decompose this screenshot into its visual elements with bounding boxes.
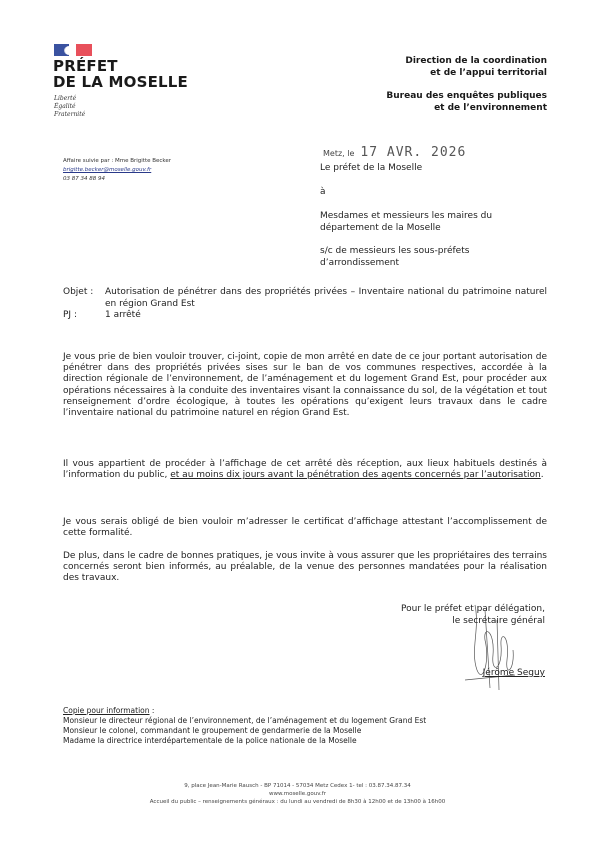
via-line1: s/c de messieurs les sous-préfets — [320, 246, 469, 258]
signature-line1: Pour le préfet et par délégation, — [401, 604, 545, 616]
signatory-name: Jérôme Seguy — [483, 668, 545, 680]
attachment-text: 1 arrêté — [105, 310, 547, 322]
contact-block: Affaire suivie par : Mme Brigitte Becker… — [63, 157, 171, 184]
footer-hours: Accueil du public – renseignements génér… — [0, 798, 595, 806]
copies-title: Copie pour information — [63, 706, 150, 715]
attachment-label: PJ : — [63, 310, 105, 322]
motto-liberte: Liberté — [54, 95, 85, 103]
bureau-header: Bureau des enquêtes publiques et de l’en… — [386, 90, 547, 114]
signature-block: Pour le préfet et par délégation, le sec… — [401, 604, 545, 627]
via-line2: d’arrondissement — [320, 258, 469, 270]
contact-email-link[interactable]: brigitte.becker@moselle.gouv.fr — [63, 166, 171, 175]
object-text: Autorisation de pénétrer dans des propri… — [105, 287, 547, 310]
direction-header: Direction de la coordination et de l’app… — [405, 55, 547, 79]
contact-phone: 03 87 34 88 94 — [63, 175, 171, 184]
copy-recipient: Monsieur le colonel, commandant le group… — [63, 726, 426, 736]
signature-line2: le secrétaire général — [401, 616, 545, 628]
copies-block: Copie pour information : Monsieur le dir… — [63, 706, 426, 746]
sender: Le préfet de la Moselle — [320, 163, 422, 175]
body-paragraph-3: Je vous serais obligé de bien vouloir m’… — [63, 517, 547, 539]
body-paragraph-2: Il vous appartient de procéder à l’affic… — [63, 459, 547, 481]
attachment-row: PJ : 1 arrêté — [63, 310, 547, 322]
date-place: Metz, le — [323, 149, 354, 158]
date-stamp: 17 AVR. 2026 — [360, 145, 466, 160]
recipients-line1: Mesdames et messieurs les maires du — [320, 211, 492, 223]
object-block: Objet : Autorisation de pénétrer dans de… — [63, 287, 547, 322]
direction-line2: et de l’appui territorial — [405, 67, 547, 79]
flag-red-band — [76, 44, 92, 56]
body-paragraph-1: Je vous prie de bien vouloir trouver, ci… — [63, 352, 547, 419]
direction-line1: Direction de la coordination — [405, 55, 547, 67]
footer-address: 9, place Jean-Marie Rausch - BP 71014 - … — [0, 782, 595, 790]
flag-white-band — [69, 44, 76, 56]
copy-recipient: Madame la directrice interdépartementale… — [63, 736, 426, 746]
prefecture-name-line1: PRÉFET — [53, 58, 188, 74]
addressee-to: à — [320, 187, 326, 199]
footer-website-link[interactable]: www.moselle.gouv.fr — [0, 790, 595, 798]
bureau-line2: et de l’environnement — [386, 102, 547, 114]
footer: 9, place Jean-Marie Rausch - BP 71014 - … — [0, 782, 595, 806]
p2-underlined: et au moins dix jours avant la pénétrati… — [170, 470, 540, 480]
bureau-line1: Bureau des enquêtes publiques — [386, 90, 547, 102]
object-label: Objet : — [63, 287, 105, 310]
recipients-line2: département de la Moselle — [320, 223, 492, 235]
prefecture-name-line2: DE LA MOSELLE — [53, 74, 188, 90]
date-line: Metz, le17 AVR. 2026 — [323, 145, 466, 160]
marianne-flag-logo — [54, 44, 92, 56]
marianne-profile-icon — [64, 46, 74, 55]
copy-recipient: Monsieur le directeur régional de l’envi… — [63, 716, 426, 726]
object-row: Objet : Autorisation de pénétrer dans de… — [63, 287, 547, 310]
prefecture-name: PRÉFET DE LA MOSELLE — [53, 58, 188, 90]
motto-fraternite: Fraternité — [54, 111, 85, 119]
republic-motto: Liberté Égalité Fraternité — [54, 95, 85, 119]
recipients: Mesdames et messieurs les maires du dépa… — [320, 211, 492, 234]
copies-title-row: Copie pour information : — [63, 706, 426, 716]
followed-by: Affaire suivie par : Mme Brigitte Becker — [63, 157, 171, 166]
copies-title-suffix: : — [150, 706, 155, 715]
body-paragraph-4: De plus, dans le cadre de bonnes pratiqu… — [63, 551, 547, 585]
motto-egalite: Égalité — [54, 103, 85, 111]
p2-end: . — [541, 470, 544, 480]
via-recipients: s/c de messieurs les sous-préfets d’arro… — [320, 246, 469, 269]
